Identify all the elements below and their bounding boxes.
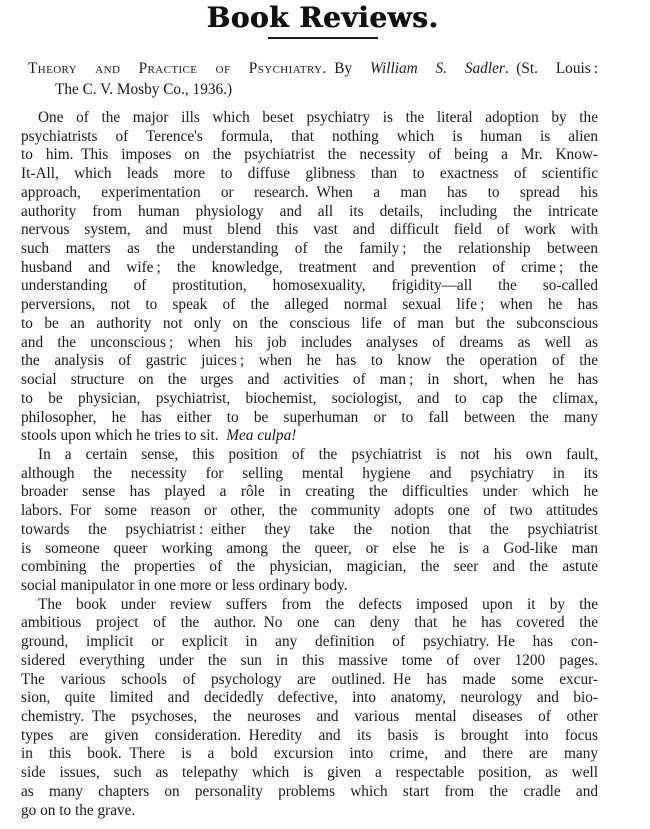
text-segment: go on to the grave.	[21, 802, 135, 819]
text-segment: sidered everything under the sun in this…	[21, 652, 598, 669]
scanned-book-page: Book Reviews. Theory and Practice of Psy…	[0, 0, 650, 829]
text-segment: types are given consideration. Heredity …	[21, 727, 598, 744]
text-segment: stools upon which he tries to sit.	[21, 427, 226, 444]
text-segment: psychiatrists of Terence's formula, that…	[21, 128, 598, 145]
text-segment: social structure on the urges and activi…	[21, 371, 598, 388]
text-segment: understanding of prostitution, homosexua…	[21, 277, 598, 294]
text-line: sion, quite limited and decidedly defect…	[21, 689, 598, 708]
text-line: although the necessity for selling menta…	[21, 465, 598, 484]
text-segment: broader sense has played a rôle in creat…	[21, 483, 598, 500]
text-segment: to be physician, psychiatrist, biochemis…	[21, 390, 598, 407]
book-citation: Theory and Practice of Psychiatry. By Wi…	[28, 58, 598, 100]
text-line: in this book. There is a bold excursion …	[21, 745, 598, 764]
text-segment: combining the properties of the physicia…	[21, 558, 598, 575]
text-line: philosopher, he has either to be superhu…	[21, 409, 598, 428]
text-line: social manipulator in one more or less o…	[21, 577, 598, 596]
text-line: The various schools of psychology are ou…	[21, 671, 598, 690]
text-segment: is someone queer working among the queer…	[21, 540, 598, 557]
paragraph: The book under review suffers from the d…	[21, 596, 598, 821]
text-line: authority from human physiology and all …	[21, 203, 598, 222]
text-line: to be an authority not only on the consc…	[21, 315, 598, 334]
text-line: ground, implicit or explicit in any defi…	[21, 633, 598, 652]
text-segment: By	[327, 60, 370, 77]
text-segment: husband and wife ; the knowledge, treatm…	[21, 259, 598, 276]
text-segment: chemistry. The psychoses, the neuroses a…	[21, 708, 598, 725]
text-line: such matters as the understanding of the…	[21, 240, 598, 259]
text-segment: One of the major ills which beset psychi…	[38, 109, 598, 126]
text-segment: The C. V. Mosby Co., 1936.)	[55, 81, 232, 98]
text-segment: to be an authority not only on the consc…	[21, 315, 598, 332]
text-line: sidered everything under the sun in this…	[21, 652, 598, 671]
text-line: social structure on the urges and activi…	[21, 371, 598, 390]
text-line: One of the major ills which beset psychi…	[21, 109, 598, 128]
text-line: combining the properties of the physicia…	[21, 558, 598, 577]
text-segment: The various schools of psychology are ou…	[21, 671, 598, 688]
text-line: side issues, such as telepathy which is …	[21, 764, 598, 783]
text-line: is someone queer working among the queer…	[21, 540, 598, 559]
text-line: and the unconscious ; when his job inclu…	[21, 334, 598, 353]
citation-line: Theory and Practice of Psychiatry. By Wi…	[28, 58, 598, 79]
paragraph: One of the major ills which beset psychi…	[21, 109, 598, 446]
text-segment: the analysis of gastric juices ; when he…	[21, 352, 598, 369]
text-line: The book under review suffers from the d…	[21, 596, 598, 615]
text-line: It-All, which leads more to diffuse glib…	[21, 165, 598, 184]
text-line: labors. For some reason or other, the co…	[21, 502, 598, 521]
text-line: stools upon which he tries to sit. Mea c…	[21, 427, 598, 446]
text-segment: although the necessity for selling menta…	[21, 465, 598, 482]
text-line: as many chapters on personality problems…	[21, 783, 598, 802]
text-segment: approach, experimentation or research. W…	[21, 184, 598, 201]
text-line: to be physician, psychiatrist, biochemis…	[21, 390, 598, 409]
text-segment: as many chapters on personality problems…	[21, 783, 598, 800]
text-line: go on to the grave.	[21, 802, 598, 821]
smallcaps-text: Theory and Practice of Psychiatry.	[28, 60, 327, 77]
text-segment: social manipulator in one more or less o…	[21, 577, 348, 594]
title-divider-rule	[268, 37, 378, 39]
italic-text: William S. Sadler	[370, 60, 505, 77]
text-segment: ambitious project of the author. No one …	[21, 614, 598, 631]
text-segment: perversions, not to speak of the alleged…	[21, 296, 598, 313]
text-segment: to him. This imposes on the psychiatrist…	[21, 146, 598, 163]
text-segment: and the unconscious ; when his job inclu…	[21, 334, 598, 351]
text-line: approach, experimentation or research. W…	[21, 184, 598, 203]
text-line: psychiatrists of Terence's formula, that…	[21, 128, 598, 147]
text-segment: in this book. There is a bold excursion …	[21, 745, 598, 762]
italic-text: Mea culpa!	[226, 427, 296, 444]
text-line: to him. This imposes on the psychiatrist…	[21, 146, 598, 165]
citation-line: The C. V. Mosby Co., 1936.)	[55, 79, 598, 100]
text-segment: labors. For some reason or other, the co…	[21, 502, 598, 519]
paragraph: In a certain sense, this position of the…	[21, 446, 598, 596]
text-segment: philosopher, he has either to be superhu…	[21, 409, 598, 426]
text-line: perversions, not to speak of the alleged…	[21, 296, 598, 315]
text-line: ambitious project of the author. No one …	[21, 614, 598, 633]
text-line: chemistry. The psychoses, the neuroses a…	[21, 708, 598, 727]
text-segment: ground, implicit or explicit in any defi…	[21, 633, 598, 650]
masthead: Book Reviews.	[21, 2, 624, 39]
text-segment: authority from human physiology and all …	[21, 203, 598, 220]
text-line: understanding of prostitution, homosexua…	[21, 277, 598, 296]
text-segment: It-All, which leads more to diffuse glib…	[21, 165, 598, 182]
text-line: the analysis of gastric juices ; when he…	[21, 352, 598, 371]
text-segment: side issues, such as telepathy which is …	[21, 764, 598, 781]
text-line: In a certain sense, this position of the…	[21, 446, 598, 465]
page-title: Book Reviews.	[21, 2, 624, 34]
text-line: husband and wife ; the knowledge, treatm…	[21, 259, 598, 278]
text-line: broader sense has played a rôle in creat…	[21, 483, 598, 502]
text-line: nervous system, and must blend this vast…	[21, 221, 598, 240]
text-segment: . (St. Louis :	[505, 60, 598, 77]
text-line: types are given consideration. Heredity …	[21, 727, 598, 746]
text-segment: sion, quite limited and decidedly defect…	[21, 689, 598, 706]
text-segment: In a certain sense, this position of the…	[38, 446, 598, 463]
text-segment: nervous system, and must blend this vast…	[21, 221, 598, 238]
review-text: One of the major ills which beset psychi…	[21, 109, 598, 820]
text-line: towards the psychiatrist : either they t…	[21, 521, 598, 540]
text-segment: towards the psychiatrist : either they t…	[21, 521, 598, 538]
text-segment: The book under review suffers from the d…	[38, 596, 598, 613]
text-segment: such matters as the understanding of the…	[21, 240, 598, 257]
